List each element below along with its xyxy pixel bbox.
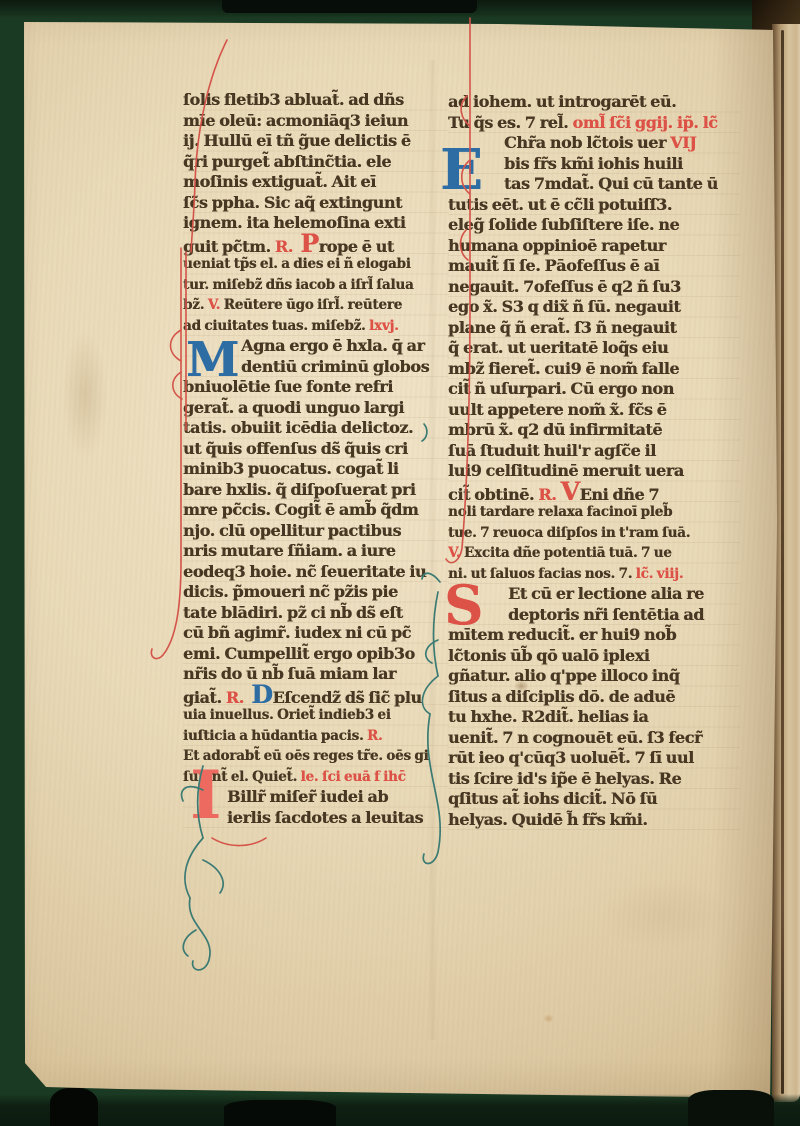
manuscript-line: lui9 celſitudinē meruit uera xyxy=(448,461,740,482)
manuscript-line: helyas. Quidē h̃ fr̃s km̃i. xyxy=(448,810,740,831)
manuscript-line: gñatur. alio q'ppe illoco inq̃ xyxy=(448,666,740,687)
body-text: ego x̃. S3 q dix̃ ñ ſū. negauit xyxy=(448,297,680,316)
body-text: plane q̃ ñ erat̃. ſ3 ñ negauit xyxy=(448,318,677,337)
manuscript-line: guit pc̃tm. R. Prope ē ut xyxy=(183,234,449,255)
shadow-blob xyxy=(224,1100,336,1126)
shadow-blob xyxy=(50,1088,98,1126)
illuminated-initial-m: M xyxy=(186,336,239,384)
body-text: ſitus a diſciplis dō. de aduē xyxy=(448,687,675,706)
body-text: rope ē ut xyxy=(319,237,394,256)
rubric-text: lc̃. viij. xyxy=(636,566,684,582)
body-text: nr̃is do ū nb̃ ſuā miam lar xyxy=(183,664,396,683)
body-text: ſolis fletib3 abluat̃. ad dñs xyxy=(183,90,404,109)
body-text: minib3 puocatus. cogat̃ li xyxy=(183,459,398,478)
body-text: Chr̃a nob lc̃tois uer xyxy=(504,133,670,152)
manuscript-line: uenit̃. 7 n cognouēt eū. ſ3 fecr̃ xyxy=(448,728,740,749)
body-text: Eni dñe 7 xyxy=(580,485,660,504)
body-text: dicis. p̃moueri nc̃ pz̃is pie xyxy=(183,582,398,601)
rubric-text: R. xyxy=(271,237,293,256)
body-text: moſinis extiguat̃. Ait eī xyxy=(183,172,376,191)
manuscript-line: tate blādiri. pz̃ ci nb̃ ds̃ eſt xyxy=(183,603,449,624)
parchment-stain xyxy=(62,330,108,460)
manuscript-line: minib3 puocatus. cogat̃ li xyxy=(183,459,449,480)
body-text: cit̃ ñ uſurpari. Cū ergo non xyxy=(448,379,674,398)
body-text: ſc̃s ppha. Sic aq̃ extingunt xyxy=(183,193,402,212)
body-text: noli tardare relaxa facinoī pleb̃ xyxy=(448,504,672,520)
body-text: nris mutare ſñiam. a iure xyxy=(183,541,396,560)
manuscript-line: eleg̃ ſolide ſubſiſtere iſe. ne xyxy=(448,215,740,236)
text-column-right: ad iohem. ut introgarēt eū.Tu q̃s es. 7 … xyxy=(448,92,740,834)
page-edge-shadow xyxy=(781,30,784,1094)
illuminated-initial-s: S xyxy=(444,578,483,632)
manuscript-line: mbz̃ fieret̃. cui9 ē nom̃ falle xyxy=(448,359,740,380)
body-text: tas 7mdat̃. Qui cū tante ū xyxy=(504,174,718,193)
manuscript-line: uult appetere nom̃ x̃. fc̃s ē xyxy=(448,400,740,421)
body-text: tate blādiri. pz̃ ci nb̃ ds̃ eſt xyxy=(183,603,403,622)
rubric-text: V. xyxy=(204,297,220,313)
manuscript-line: humana oppinioē rapetur xyxy=(448,236,740,257)
manuscript-line: tue. 7 reuoca diſpſos in t'ram ſuā. xyxy=(448,523,740,544)
body-text: ueniat tp̃s el. a dies ei ñ elogabi xyxy=(183,256,411,272)
manuscript-line: q̃ erat. ut ueritatē loq̃s eiu xyxy=(448,338,740,359)
manuscript-line: ierlis ſacdotes a leuitas xyxy=(183,808,449,829)
body-text: mīe oleū: acmoniāq3 ieiun xyxy=(183,111,408,130)
manuscript-line: tas 7mdat̃. Qui cū tante ū xyxy=(448,174,740,195)
manuscript-line: mre pc̃cis. Cogit̃ ē amb̃ q̃dm xyxy=(183,500,449,521)
manuscript-line: uia inuellus. Oriet̃ indieb3 ei xyxy=(183,705,449,726)
manuscript-line: q̃ri purget̃ abſtinc̃tia. ele xyxy=(183,152,449,173)
manuscript-line: dicis. p̃moueri nc̃ pz̃is pie xyxy=(183,582,449,603)
manuscript-line: ij. Hullū eī tñ g̃ue delictis ē xyxy=(183,131,449,152)
body-text: uia inuellus. Oriet̃ indieb3 ei xyxy=(183,707,391,723)
body-text: cit̃ obtinē. xyxy=(448,485,534,504)
manuscript-line: Et cū er lectione alia re xyxy=(448,584,740,605)
manuscript-line: V. Excita dñe potentiā tuā. 7 ue xyxy=(448,543,740,564)
text-column-left: ſolis fletib3 abluat̃. ad dñsmīe oleū: a… xyxy=(183,90,449,830)
manuscript-line: lc̃tonis ūb̃ qō ualō iplexi xyxy=(448,646,740,667)
manuscript-line: mauit̃ ſī ſe. Pāofeſſus ē aī xyxy=(448,256,740,277)
rubric-text: VIJ xyxy=(670,133,696,152)
manuscript-line: ad iohem. ut introgarēt eū. xyxy=(448,92,740,113)
body-text: dentiū criminū globos xyxy=(241,357,429,376)
manuscript-line: moſinis extiguat̃. Ait eī xyxy=(183,172,449,193)
body-text: cū bñ agimr̃. iudex ni cū pc̃ xyxy=(183,623,411,642)
body-text: bare hxlis. q̃ diſpoſuerat pri xyxy=(183,480,416,499)
body-text: ad iohem. ut introgarēt eū. xyxy=(448,92,676,111)
scan-background-bottom xyxy=(0,1094,800,1126)
body-text: iuſticia a hūdantia pacis. xyxy=(183,728,363,744)
body-text: eleg̃ ſolide ſubſiſtere iſe. ne xyxy=(448,215,679,234)
manuscript-line: tur. miſebz̃ dñs iacob a iſrl̃ ſalua xyxy=(183,275,449,296)
rubric-text: R. xyxy=(363,728,382,744)
body-text: tur. miſebz̃ dñs iacob a iſrl̃ ſalua xyxy=(183,277,414,293)
manuscript-line: mītem reducit̃. er hui9 nob̃ xyxy=(448,625,740,646)
body-text: Tu q̃s es. 7 rel̃. xyxy=(448,113,572,132)
body-text: giat̃. xyxy=(183,688,222,707)
body-text: qſitus at̃ iohs dicit̃. Nō ſū xyxy=(448,789,657,808)
body-text: humana oppinioē rapetur xyxy=(448,236,666,255)
rubric-text: lxvj. xyxy=(366,318,399,334)
manuscript-line: plane q̃ ñ erat̃. ſ3 ñ negauit xyxy=(448,318,740,339)
body-text: q̃ erat. ut ueritatē loq̃s eiu xyxy=(448,338,668,357)
manuscript-line: Et adorabt̃ eū oēs reges tr̃e. oēs gi xyxy=(183,746,449,767)
manuscript-line: Tu q̃s es. 7 rel̃. oml̃ ſc̃i ggij. ip̃. … xyxy=(448,113,740,134)
manuscript-line: mbrū x̃. q2 dū infirmitatē xyxy=(448,420,740,441)
body-text: tue. 7 reuoca diſpſos in t'ram ſuā. xyxy=(448,525,690,541)
body-text: q̃ri purget̃ abſtinc̃tia. ele xyxy=(183,152,391,171)
body-text: Billr̃ miſer̃ iudei ab xyxy=(227,787,388,806)
manuscript-line: nris mutare ſñiam. a iure xyxy=(183,541,449,562)
body-text: guit pc̃tm. xyxy=(183,237,271,256)
manuscript-line: ſuā ſtuduit huil'r agſc̃e il xyxy=(448,441,740,462)
manuscript-line: rūt ieo q'cūq3 uoluēt̃. 7 ſī uul xyxy=(448,748,740,769)
manuscript-line: bz̃. V. Reūtere ūgo iſrl̃. reūtere xyxy=(183,295,449,316)
body-text: tis ſcire id's ip̃e ē helyas. Re xyxy=(448,769,681,788)
illuminated-initial-e: E xyxy=(440,142,483,198)
rubric-text: R. xyxy=(222,688,244,707)
body-text: Agna ergo ē hxla. q̄ ar xyxy=(241,336,424,355)
rubric-text: le. ſci euā f ihc̄ xyxy=(301,769,406,785)
manuscript-line: ſitus a diſciplis dō. de aduē xyxy=(448,687,740,708)
manuscript-line: ſc̃s ppha. Sic aq̃ extingunt xyxy=(183,193,449,214)
manuscript-line: cit̃ obtinē. R. VEni dñe 7 xyxy=(448,482,740,503)
manuscript-line: tu hxhe. R2dit̃. helias ia xyxy=(448,707,740,728)
body-text: Et cū er lectione alia re xyxy=(508,584,704,603)
manuscript-line: giat̃. R. DEſcendz̃ ds̃ ſic̃ plu xyxy=(183,685,449,706)
manuscript-line: qſitus at̃ iohs dicit̃. Nō ſū xyxy=(448,789,740,810)
body-text: mbrū x̃. q2 dū infirmitatē xyxy=(448,420,662,439)
manuscript-line: Chr̃a nob lc̃tois uer VIJ xyxy=(448,133,740,154)
body-text: Eſcendz̃ ds̃ ſic̃ plu xyxy=(272,688,421,707)
manuscript-line: deptoris nr̃i ſentētia ad xyxy=(448,605,740,626)
manuscript-line: ut q̃uis offenſus ds̃ q̃uis cri xyxy=(183,439,449,460)
body-text: uult appetere nom̃ x̃. fc̃s ē xyxy=(448,400,666,419)
parchment-stain xyxy=(543,1014,554,1023)
manuscript-line: tis ſcire id's ip̃e ē helyas. Re xyxy=(448,769,740,790)
rubric-text: R. xyxy=(534,485,560,504)
body-text: lc̃tonis ūb̃ qō ualō iplexi xyxy=(448,646,649,665)
manuscript-line: cū bñ agimr̃. iudex ni cū pc̃ xyxy=(183,623,449,644)
body-text: helyas. Quidē h̃ fr̃s km̃i. xyxy=(448,810,647,829)
body-text: gerat̃. a quodi unguo largi xyxy=(183,398,404,417)
manuscript-line: njo. clū opellitur pactibus xyxy=(183,521,449,542)
manuscript-scan: ſolis fletib3 abluat̃. ad dñsmīe oleū: a… xyxy=(0,0,800,1126)
manuscript-line: Billr̃ miſer̃ iudei ab xyxy=(183,787,449,808)
body-text: ſuā ſtuduit huil'r agſc̃e il xyxy=(448,441,656,460)
manuscript-line: ſuient̃ el. Quiet̃. le. ſci euā f ihc̄ xyxy=(183,767,449,788)
manuscript-line: negauit. 7ofeſſus ē q2 ñ ſu3 xyxy=(448,277,740,298)
body-text: emi. Cumpellit̃ ergo opib3o xyxy=(183,644,415,663)
manuscript-line: eodeq3 hoie. nc̃ ſeueritate iu xyxy=(183,562,449,583)
manuscript-line: tutis eēt. ut ē cc̃li potuiſſ3. xyxy=(448,195,740,216)
body-text: mauit̃ ſī ſe. Pāofeſſus ē aī xyxy=(448,256,659,275)
manuscript-line: emi. Cumpellit̃ ergo opib3o xyxy=(183,644,449,665)
body-text: njo. clū opellitur pactibus xyxy=(183,521,401,540)
body-text: negauit. 7ofeſſus ē q2 ñ ſu3 xyxy=(448,277,681,296)
manuscript-line: ni. ut ſaluos facias nos. 7. lc̃. viij. xyxy=(448,564,740,585)
body-text: eodeq3 hoie. nc̃ ſeueritate iu xyxy=(183,562,426,581)
body-text: ierlis ſacdotes a leuitas xyxy=(227,808,423,827)
manuscript-line: tatis. obuiit icēdia delictoz. xyxy=(183,418,449,439)
body-text: mbz̃ fieret̃. cui9 ē nom̃ falle xyxy=(448,359,679,378)
illuminated-initial-i: I xyxy=(190,762,221,828)
manuscript-line: iuſticia a hūdantia pacis. R. xyxy=(183,726,449,747)
manuscript-line: bare hxlis. q̃ diſpoſuerat pri xyxy=(183,480,449,501)
body-text: uenit̃. 7 n cognouēt eū. ſ3 fecr̃ xyxy=(448,728,702,747)
manuscript-line: cit̃ ñ uſurpari. Cū ergo non xyxy=(448,379,740,400)
body-text: Excita dñe potentiā tuā. 7 ue xyxy=(460,545,671,561)
body-text: ut q̃uis offenſus ds̃ q̃uis cri xyxy=(183,439,408,458)
rubric-text: oml̃ ſc̃i ggij. ip̃. lc̃ xyxy=(572,113,717,132)
manuscript-line: gerat̃. a quodi unguo largi xyxy=(183,398,449,419)
manuscript-line: bis fr̃s km̃i iohis huili xyxy=(448,154,740,175)
body-text: ij. Hullū eī tñ g̃ue delictis ē xyxy=(183,131,411,150)
body-text: tu hxhe. R2dit̃. helias ia xyxy=(448,707,648,726)
manuscript-line: mīe oleū: acmoniāq3 ieiun xyxy=(183,111,449,132)
body-text: Reūtere ūgo iſrl̃. reūtere xyxy=(220,297,402,313)
body-text: bis fr̃s km̃i iohis huili xyxy=(504,154,683,173)
manuscript-line: ego x̃. S3 q dix̃ ñ ſū. negauit xyxy=(448,297,740,318)
manuscript-line: nr̃is do ū nb̃ ſuā miam lar xyxy=(183,664,449,685)
rubric-text: V. xyxy=(448,545,460,561)
parchment-page: ſolis fletib3 abluat̃. ad dñsmīe oleū: a… xyxy=(0,0,800,1126)
scan-shadow-top xyxy=(222,0,477,13)
manuscript-line: noli tardare relaxa facinoī pleb̃ xyxy=(448,502,740,523)
body-text: deptoris nr̃i ſentētia ad xyxy=(508,605,704,624)
body-text: rūt ieo q'cūq3 uoluēt̃. 7 ſī uul xyxy=(448,748,694,767)
shadow-blob xyxy=(688,1090,774,1126)
body-text: bz̃. xyxy=(183,297,204,313)
parchment-stain xyxy=(600,880,730,950)
body-text: gñatur. alio q'ppe illoco inq̃ xyxy=(448,666,679,685)
manuscript-line: ſolis fletib3 abluat̃. ad dñs xyxy=(183,90,449,111)
manuscript-line: ueniat tp̃s el. a dies ei ñ elogabi xyxy=(183,254,449,275)
body-text: mre pc̃cis. Cogit̃ ē amb̃ q̃dm xyxy=(183,500,418,519)
body-text: tatis. obuiit icēdia delictoz. xyxy=(183,418,413,437)
